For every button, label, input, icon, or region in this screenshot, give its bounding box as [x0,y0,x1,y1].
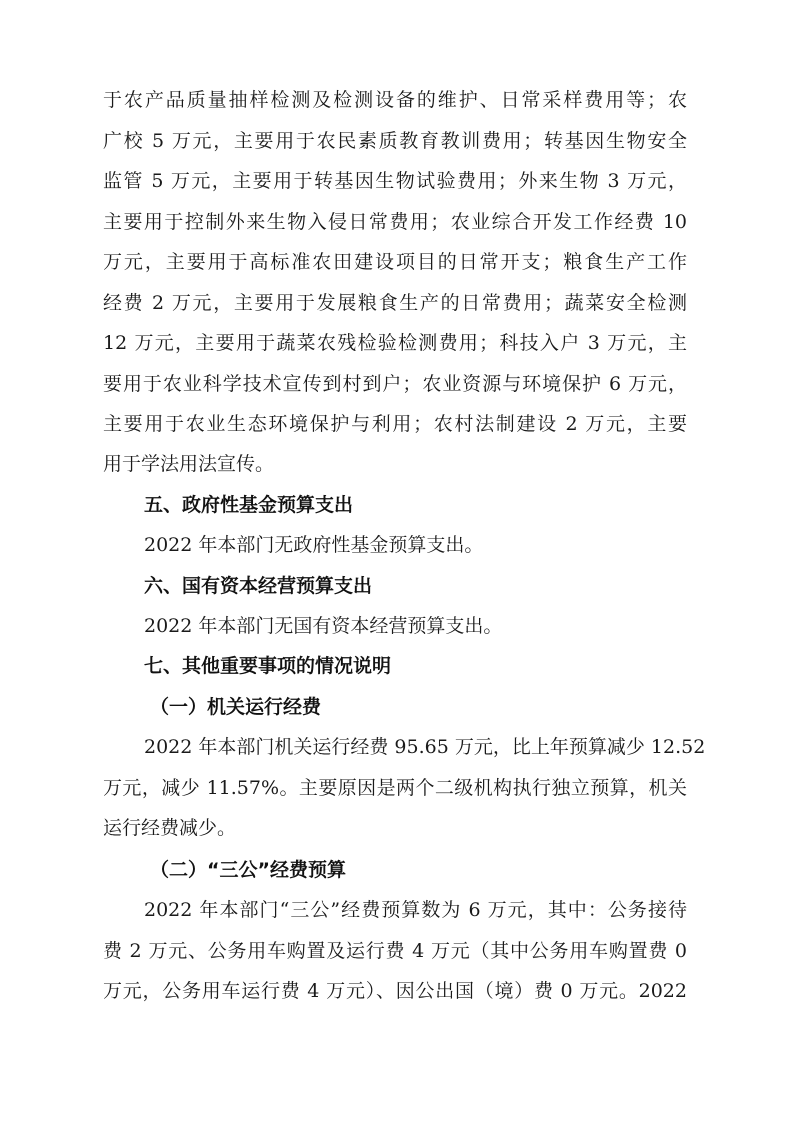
paragraph-line: 12 万元，主要用于蔬菜农残检验检测费用；科技入户 3 万元，主 [103,323,687,363]
paragraph-line: 于农产品质量抽样检测及检测设备的维护、日常采样费用等；农 [103,80,687,120]
paragraph-line: 要用于农业科学技术宣传到村到户；农业资源与环境保护 6 万元， [103,364,687,404]
section-heading-government-fund: 五、政府性基金预算支出 [144,485,353,525]
section-heading-other-matters: 七、其他重要事项的情况说明 [144,646,391,686]
paragraph-line: 监管 5 万元，主要用于转基因生物试验费用；外来生物 3 万元， [103,161,687,201]
paragraph-line: 2022 年本部门“三公”经费预算数为 6 万元，其中：公务接待 [144,890,687,930]
paragraph-line: 主要用于农业生态环境保护与利用；农村法制建设 2 万元，主要 [103,404,687,444]
paragraph-line: 费 2 万元、公务用车购置及运行费 4 万元（其中公务用车购置费 0 [103,931,687,971]
paragraph-line: 万元，公务用车运行费 4 万元）、因公出国（境）费 0 万元。2022 [103,971,687,1011]
paragraph-line: 主要用于控制外来生物入侵日常费用；农业综合开发工作经费 10 [103,202,687,242]
document-page: 于农产品质量抽样检测及检测设备的维护、日常采样费用等；农 广校 5 万元，主要用… [0,0,794,1122]
section-body-state-capital: 2022 年本部门无国有资本经营预算支出。 [144,606,687,646]
section-heading-state-capital: 六、国有资本经营预算支出 [144,566,372,606]
paragraph-line: 经费 2 万元，主要用于发展粮食生产的日常费用；蔬菜安全检测 [103,283,687,323]
subsection-heading-operating-costs: （一）机关运行经费 [150,687,321,727]
subsection-heading-three-public-costs: （二）“三公”经费预算 [150,850,346,890]
section-body-government-fund: 2022 年本部门无政府性基金预算支出。 [144,525,687,565]
paragraph-line: 运行经费减少。 [103,808,687,848]
paragraph-line: 2022 年本部门机关运行经费 95.65 万元，比上年预算减少 12.52 [144,727,687,767]
paragraph-line: 万元，主要用于高标准农田建设项目的日常开支；粮食生产工作 [103,242,687,282]
paragraph-line: 万元，减少 11.57%。主要原因是两个二级机构执行独立预算，机关 [103,768,687,808]
paragraph-line: 用于学法用法宣传。 [103,444,687,484]
paragraph-line: 广校 5 万元，主要用于农民素质教育教训费用；转基因生物安全 [103,121,687,161]
